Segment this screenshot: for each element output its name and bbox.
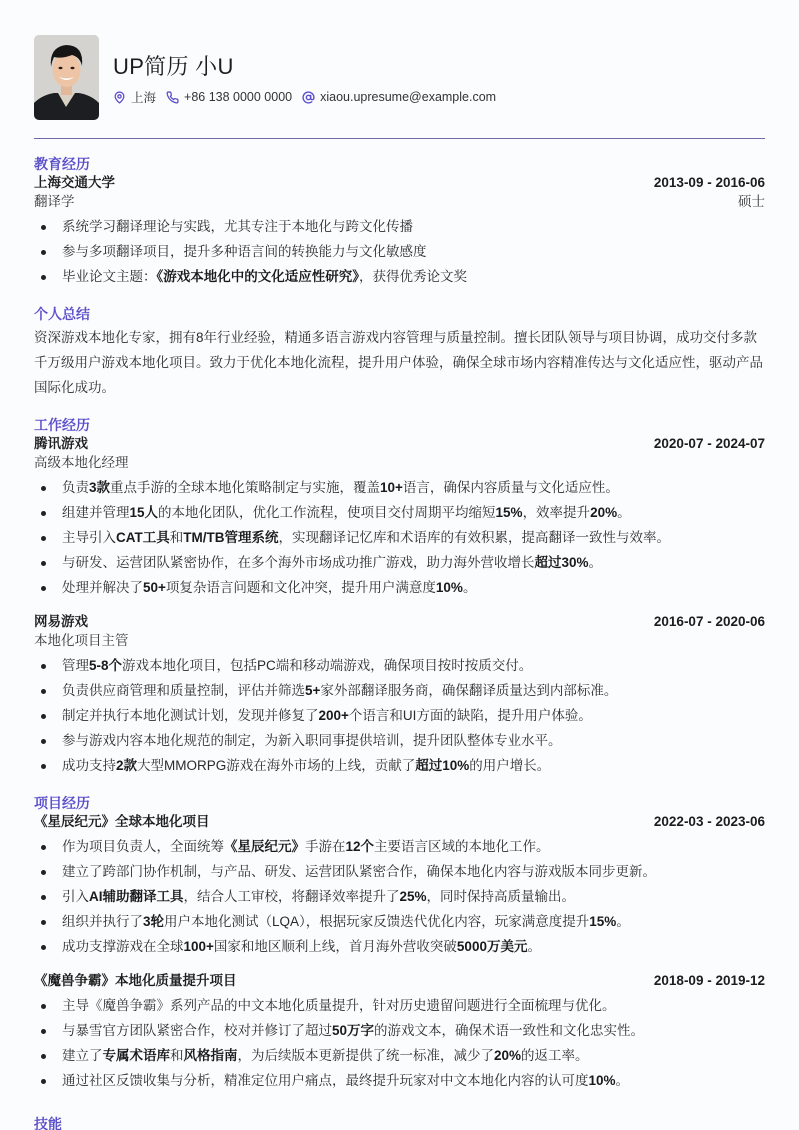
company-name: 网易游戏: [34, 612, 88, 631]
resume-header: UP简历 小U 上海 +86 138 0000 0000: [34, 34, 765, 120]
section-title-skills: 技能: [34, 1115, 765, 1130]
bullet-item: 系统学习翻译理论与实践，尤其专注于本地化与跨文化传播: [34, 214, 765, 239]
project-bullets: 主导《魔兽争霸》系列产品的中文本地化质量提升，针对历史遗留问题进行全面梳理与优化…: [34, 993, 765, 1093]
school-name: 上海交通大学: [34, 173, 115, 192]
highlight-text: 15%: [589, 914, 616, 929]
highlight-text: 50+: [143, 580, 166, 595]
education-entry: 上海交通大学 2013-09 - 2016-06 翻译学 硕士 系统学习翻译理论…: [34, 173, 765, 289]
highlight-text: 10%: [436, 580, 463, 595]
section-title-summary: 个人总结: [34, 305, 765, 323]
bullet-item: 作为项目负责人，全面统筹《星辰纪元》手游在12个主要语言区域的本地化工作。: [34, 834, 765, 859]
at-sign-icon: [302, 91, 315, 104]
highlight-text: TM/TB管理系统: [183, 530, 278, 545]
degree: 硕士: [738, 192, 765, 211]
bullet-item: 成功支撑游戏在全球100+国家和地区顺利上线，首月海外营收突破5000万美元。: [34, 934, 765, 959]
header-info: UP简历 小U 上海 +86 138 0000 0000: [113, 48, 506, 106]
section-title-education: 教育经历: [34, 155, 765, 173]
bullet-item: 组织并执行了3轮用户本地化测试（LQA），根据玩家反馈迭代优化内容，玩家满意度提…: [34, 909, 765, 934]
education-date: 2013-09 - 2016-06: [654, 173, 765, 192]
work-bullets: 负责3款重点手游的全球本地化策略制定与实施，覆盖10+语言，确保内容质量与文化适…: [34, 475, 765, 600]
highlight-text: 20%: [494, 1048, 521, 1063]
bullet-item: 参与游戏内容本地化规范的制定，为新入职同事提供培训，提升团队整体专业水平。: [34, 728, 765, 753]
highlight-text: 25%: [400, 889, 427, 904]
highlight-text: 5000万美元: [457, 939, 528, 954]
highlight-text: AI辅助翻译工具: [89, 889, 184, 904]
contact-row: 上海 +86 138 0000 0000 xiaou.upresume@exam…: [113, 88, 506, 106]
highlight-text: 20%: [590, 505, 617, 520]
bullet-item: 通过社区反馈收集与分析，精准定位用户痛点，最终提升玩家对中文本地化内容的认可度1…: [34, 1068, 765, 1093]
project-date: 2018-09 - 2019-12: [654, 971, 765, 990]
section-title-projects: 项目经历: [34, 794, 765, 812]
map-pin-icon: [113, 91, 126, 104]
highlight-text: 15人: [130, 505, 159, 520]
project-bullets: 作为项目负责人，全面统筹《星辰纪元》手游在12个主要语言区域的本地化工作。建立了…: [34, 834, 765, 959]
job-role: 本地化项目主管: [34, 631, 765, 650]
highlight-text: 2款: [116, 758, 137, 773]
contact-phone: +86 138 0000 0000: [166, 90, 292, 104]
contact-location: 上海: [113, 88, 156, 106]
bullet-item: 组建并管理15人的本地化团队，优化工作流程，使项目交付周期平均缩短15%，效率提…: [34, 500, 765, 525]
bullet-item: 引入AI辅助翻译工具，结合人工审校，将翻译效率提升了25%，同时保持高质量输出。: [34, 884, 765, 909]
location-text: 上海: [131, 88, 156, 106]
avatar: [34, 35, 99, 120]
highlight-text: 10+: [380, 480, 403, 495]
email-link[interactable]: xiaou.upresume@example.com: [320, 90, 496, 104]
highlight-text: 5+: [305, 683, 320, 698]
work-entry: 网易游戏 2016-07 - 2020-06 本地化项目主管 管理5-8个游戏本…: [34, 612, 765, 778]
work-entry: 腾讯游戏 2020-07 - 2024-07 高级本地化经理 负责3款重点手游的…: [34, 434, 765, 600]
bullet-item: 建立了跨部门协作机制，与产品、研发、运营团队紧密合作，确保本地化内容与游戏版本同…: [34, 859, 765, 884]
highlight-text: 3款: [89, 480, 110, 495]
project-entry: 《魔兽争霸》本地化质量提升项目 2018-09 - 2019-12 主导《魔兽争…: [34, 971, 765, 1093]
company-name: 腾讯游戏: [34, 434, 88, 453]
highlight-text: 超过30%: [535, 555, 589, 570]
bullet-item: 主导《魔兽争霸》系列产品的中文本地化质量提升，针对历史遗留问题进行全面梳理与优化…: [34, 993, 765, 1018]
project-entry: 《星辰纪元》全球本地化项目 2022-03 - 2023-06 作为项目负责人，…: [34, 812, 765, 959]
highlight-text: 200+: [319, 708, 349, 723]
highlight-text: CAT工具: [116, 530, 170, 545]
bullet-item: 建立了专属术语库和风格指南，为后续版本更新提供了统一标准，减少了20%的返工率。: [34, 1043, 765, 1068]
project-date: 2022-03 - 2023-06: [654, 812, 765, 831]
bullet-item: 制定并执行本地化测试计划，发现并修复了200+个语言和UI方面的缺陷，提升用户体…: [34, 703, 765, 728]
work-bullets: 管理5-8个游戏本地化项目，包括PC端和移动端游戏，确保项目按时按质交付。负责供…: [34, 653, 765, 778]
bullet-item: 负责3款重点手游的全球本地化策略制定与实施，覆盖10+语言，确保内容质量与文化适…: [34, 475, 765, 500]
bullet-item: 成功支持2款大型MMORPG游戏在海外市场的上线，贡献了超过10%的用户增长。: [34, 753, 765, 778]
section-title-work: 工作经历: [34, 416, 765, 434]
bullet-item: 参与多项翻译项目，提升多种语言间的转换能力与文化敏感度: [34, 239, 765, 264]
highlight-text: 《星辰纪元》: [224, 839, 305, 854]
phone-icon: [166, 91, 179, 104]
bullet-item: 与研发、运营团队紧密协作，在多个海外市场成功推广游戏，助力海外营收增长超过30%…: [34, 550, 765, 575]
highlight-text: 12个: [346, 839, 375, 854]
highlight-text: 10%: [589, 1073, 616, 1088]
candidate-name: UP简历 小U: [113, 52, 506, 82]
highlight-text: 15%: [496, 505, 523, 520]
job-role: 高级本地化经理: [34, 453, 765, 472]
bullet-item: 毕业论文主题：《游戏本地化中的文化适应性研究》，获得优秀论文奖: [34, 264, 765, 289]
major: 翻译学: [34, 192, 75, 211]
work-date: 2020-07 - 2024-07: [654, 434, 765, 453]
highlight-text: 《游戏本地化中的文化适应性研究》: [157, 269, 360, 284]
highlight-text: 3轮: [143, 914, 164, 929]
highlight-text: 风格指南: [184, 1048, 238, 1063]
bullet-item: 负责供应商管理和质量控制，评估并筛选5+家外部翻译服务商，确保翻译质量达到内部标…: [34, 678, 765, 703]
highlight-text: 超过10%: [415, 758, 469, 773]
bullet-item: 管理5-8个游戏本地化项目，包括PC端和移动端游戏，确保项目按时按质交付。: [34, 653, 765, 678]
contact-email[interactable]: xiaou.upresume@example.com: [302, 90, 496, 104]
highlight-text: 100+: [184, 939, 214, 954]
bullet-item: 主导引入CAT工具和TM/TB管理系统，实现翻译记忆库和术语库的有效积累，提高翻…: [34, 525, 765, 550]
highlight-text: 50万字: [332, 1023, 374, 1038]
resume-page: UP简历 小U 上海 +86 138 0000 0000: [0, 0, 799, 1130]
highlight-text: 专属术语库: [103, 1048, 171, 1063]
bullet-item: 与暴雪官方团队紧密合作，校对并修订了超过50万字的游戏文本，确保术语一致性和文化…: [34, 1018, 765, 1043]
phone-text: +86 138 0000 0000: [184, 90, 292, 104]
project-name: 《魔兽争霸》本地化质量提升项目: [34, 971, 237, 990]
highlight-text: 5-8个: [89, 658, 122, 673]
education-bullets: 系统学习翻译理论与实践，尤其专注于本地化与跨文化传播参与多项翻译项目，提升多种语…: [34, 214, 765, 289]
project-name: 《星辰纪元》全球本地化项目: [34, 812, 210, 831]
work-date: 2016-07 - 2020-06: [654, 612, 765, 631]
profile-photo-icon: [34, 35, 99, 120]
summary-text: 资深游戏本地化专家，拥有8年行业经验，精通多语言游戏内容管理与质量控制。擅长团队…: [34, 325, 765, 400]
header-divider: [34, 138, 765, 139]
bullet-item: 处理并解决了50+项复杂语言问题和文化冲突，提升用户满意度10%。: [34, 575, 765, 600]
